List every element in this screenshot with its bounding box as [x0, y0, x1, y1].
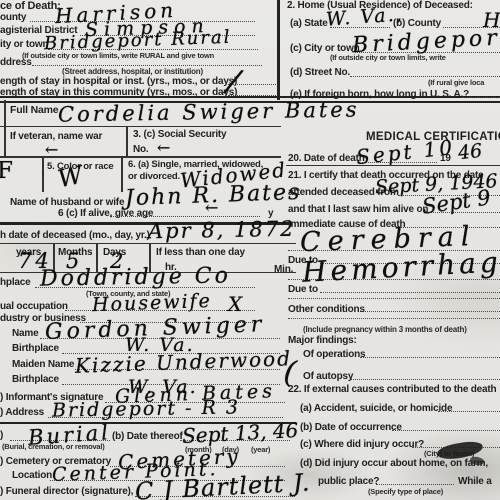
occurrence-label: (b) Date of occurrence	[300, 422, 402, 433]
veteran-value: ←	[45, 140, 58, 159]
date-of-death-year-value: 46	[457, 140, 483, 164]
race-value: W	[55, 161, 85, 194]
accident-label: (a) Accident, suicide, or homicide	[300, 403, 452, 414]
of-operations-label: Of operations	[303, 349, 365, 360]
occupation-label: ual occupation	[0, 301, 68, 312]
public-place-note: (Specify type of place)	[368, 487, 443, 496]
of-autopsy-label: Of autopsy	[303, 371, 353, 382]
dotted-line	[360, 311, 500, 312]
alive-age-value: ←	[205, 198, 218, 217]
ssn-label: 3. (c) Social Security	[133, 129, 226, 140]
mother-maiden-label: Maiden Name	[12, 359, 74, 370]
veteran-ssn-divider	[126, 127, 128, 157]
city-town-label: ity or town	[0, 39, 48, 50]
street-label: (d) Street No.	[290, 67, 350, 78]
sex-race-divider	[42, 157, 44, 192]
occupation-value: Housewife	[92, 290, 213, 316]
burial-paren: )	[0, 430, 3, 441]
mother-birthplace-label: Birthplace	[12, 374, 59, 385]
full-name-label: Full Name	[10, 104, 58, 116]
dotted-line	[320, 292, 500, 293]
full-name-value: Cordelia Swiger Bates	[58, 97, 360, 126]
place-of-death-header: ce of Death:	[0, 0, 61, 12]
ssn-value: ←	[157, 138, 170, 157]
spouse-label: Name of husband or wife	[10, 197, 124, 208]
burial-year-note: (year)	[251, 445, 270, 454]
home-farm-label: (d) Did injury occur about home, on farm…	[300, 458, 488, 469]
fullname-row-bottom-line	[0, 126, 281, 127]
ssn-label2: No.	[133, 144, 149, 155]
birthdate-label: h date of deceased (mo., day, yr.)	[0, 230, 150, 241]
external-causes-label: 22. If external causes contributed to th…	[288, 384, 496, 395]
dotted-line	[376, 484, 454, 485]
marital-label-2: or divorced.	[128, 171, 180, 182]
county-label: ounty	[0, 12, 26, 23]
foreign-born-label: (e) If foreign born, how long in U. S. A…	[290, 89, 469, 100]
dotted-line	[360, 357, 500, 358]
address-label: ddress	[0, 57, 32, 68]
state-label: (a) State	[290, 18, 328, 29]
address-note: (Street address, hospital, or institutio…	[62, 67, 203, 76]
father-name-label: Name	[12, 328, 38, 339]
birthplace-label: hplace	[0, 277, 30, 288]
father-birthplace-label: Birthplace	[12, 343, 59, 354]
public-place-suffix: While a	[458, 476, 492, 487]
informant-address-value: Bridgeport - R 3	[52, 396, 240, 421]
stay-community-label: ength of stay in this community (yrs., m…	[0, 87, 237, 98]
other-conditions-label: Other conditions	[288, 304, 365, 315]
informant-address-label: ) Address	[0, 407, 44, 418]
dotted-line	[288, 318, 500, 319]
death-certificate-scan: ce of Death: ounty agisterial District i…	[0, 0, 500, 500]
sex-value: F	[0, 158, 13, 184]
dotted-line	[32, 65, 262, 66]
certify-line3: and that I last saw him alive on	[288, 204, 428, 215]
home-city-value: Bridgeport	[351, 25, 500, 58]
stay-hospital-label: ength of stay in hospital or inst. (yrs.…	[0, 76, 237, 87]
birthplace-value: Doddridge Co	[40, 263, 231, 291]
where-injury-label: (c) Where did injury occur?	[300, 439, 424, 450]
dotted-line	[288, 298, 500, 299]
street-note: (If rural give loca	[428, 78, 484, 87]
race-marital-divider	[121, 157, 123, 192]
mother-name-value: Kizzie Underwood	[75, 346, 293, 378]
pregnancy-note: (Include pregnancy within 3 months of de…	[303, 325, 467, 334]
age-less-label: If less than one day	[156, 247, 245, 258]
public-place-label: public place?	[318, 476, 379, 487]
major-findings-label: Major findings:	[288, 335, 357, 346]
funeral-director-label: ) Funeral director (signature),	[0, 486, 133, 497]
dotted-line	[350, 76, 500, 77]
fullname-row-left-border	[4, 100, 6, 157]
column-divider-line	[277, 0, 280, 100]
birthdate-value: Apr 8, 1872	[148, 217, 296, 244]
burial-date-label: (b) Date thereof	[112, 431, 183, 442]
location-label: Location	[12, 470, 52, 481]
dotted-line	[392, 430, 500, 431]
dotted-line	[350, 379, 500, 380]
date-of-death-label: 20. Date of death	[288, 153, 365, 164]
